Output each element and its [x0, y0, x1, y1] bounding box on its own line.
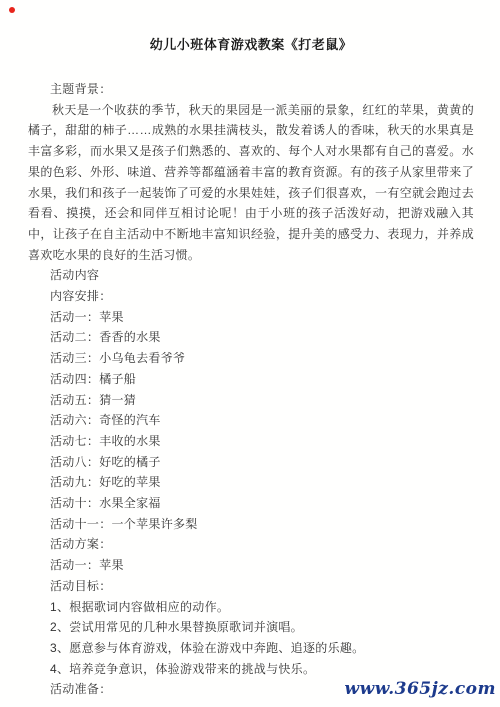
content-line-activity-11: 活动十一：一个苹果许多梨 [28, 514, 474, 535]
content-line-goal-1: 1、根据歌词内容做相应的动作。 [28, 597, 474, 618]
content-line-activity-5: 活动五：猜一猜 [28, 390, 474, 411]
content-line-activity-7: 活动七：丰收的水果 [28, 431, 474, 452]
content-line-plan-activity-1: 活动一：苹果 [28, 555, 474, 576]
document-page: 幼儿小班体育游戏教案《打老鼠》 主题背景： 秋天是一个收获的季节，秋天的果园是一… [0, 0, 500, 707]
theme-background-paragraph: 秋天是一个收获的季节，秋天的果园是一派美丽的景象，红红的苹果，黄黄的橘子，甜甜的… [28, 100, 474, 266]
content-line-activity-6: 活动六：奇怪的汽车 [28, 410, 474, 431]
content-line-activity-3: 活动三：小乌龟去看爷爷 [28, 348, 474, 369]
site-watermark: www.365jz.com [345, 679, 497, 699]
content-line-activity-plan: 活动方案： [28, 534, 474, 555]
content-line-activity-9: 活动九：好吃的苹果 [28, 472, 474, 493]
content-line-goal-3: 3、愿意参与体育游戏，体验在游戏中奔跑、追逐的乐趣。 [28, 638, 474, 659]
document-body: 主题背景： 秋天是一个收获的季节，秋天的果园是一派美丽的景象，红红的苹果，黄黄的… [28, 79, 474, 700]
content-line-goal-4: 4、培养竞争意识，体验游戏带来的挑战与快乐。 [28, 659, 474, 680]
content-line-activity-content: 活动内容 [28, 265, 474, 286]
content-line-goal-2: 2、尝试用常见的几种水果替换原歌词并演唱。 [28, 617, 474, 638]
content-line-arrangement: 内容安排： [28, 286, 474, 307]
content-line-activity-8: 活动八：好吃的橘子 [28, 452, 474, 473]
content-line-activity-2: 活动二：香香的水果 [28, 327, 474, 348]
content-line-activity-10: 活动十：水果全家福 [28, 493, 474, 514]
content-line-activity-1: 活动一：苹果 [28, 307, 474, 328]
content-line-activity-4: 活动四：橘子船 [28, 369, 474, 390]
content-line-activity-goals: 活动目标： [28, 576, 474, 597]
section-heading-theme-background: 主题背景： [28, 79, 474, 100]
document-title: 幼儿小班体育游戏教案《打老鼠》 [28, 34, 474, 53]
red-dot-marker [9, 7, 15, 13]
